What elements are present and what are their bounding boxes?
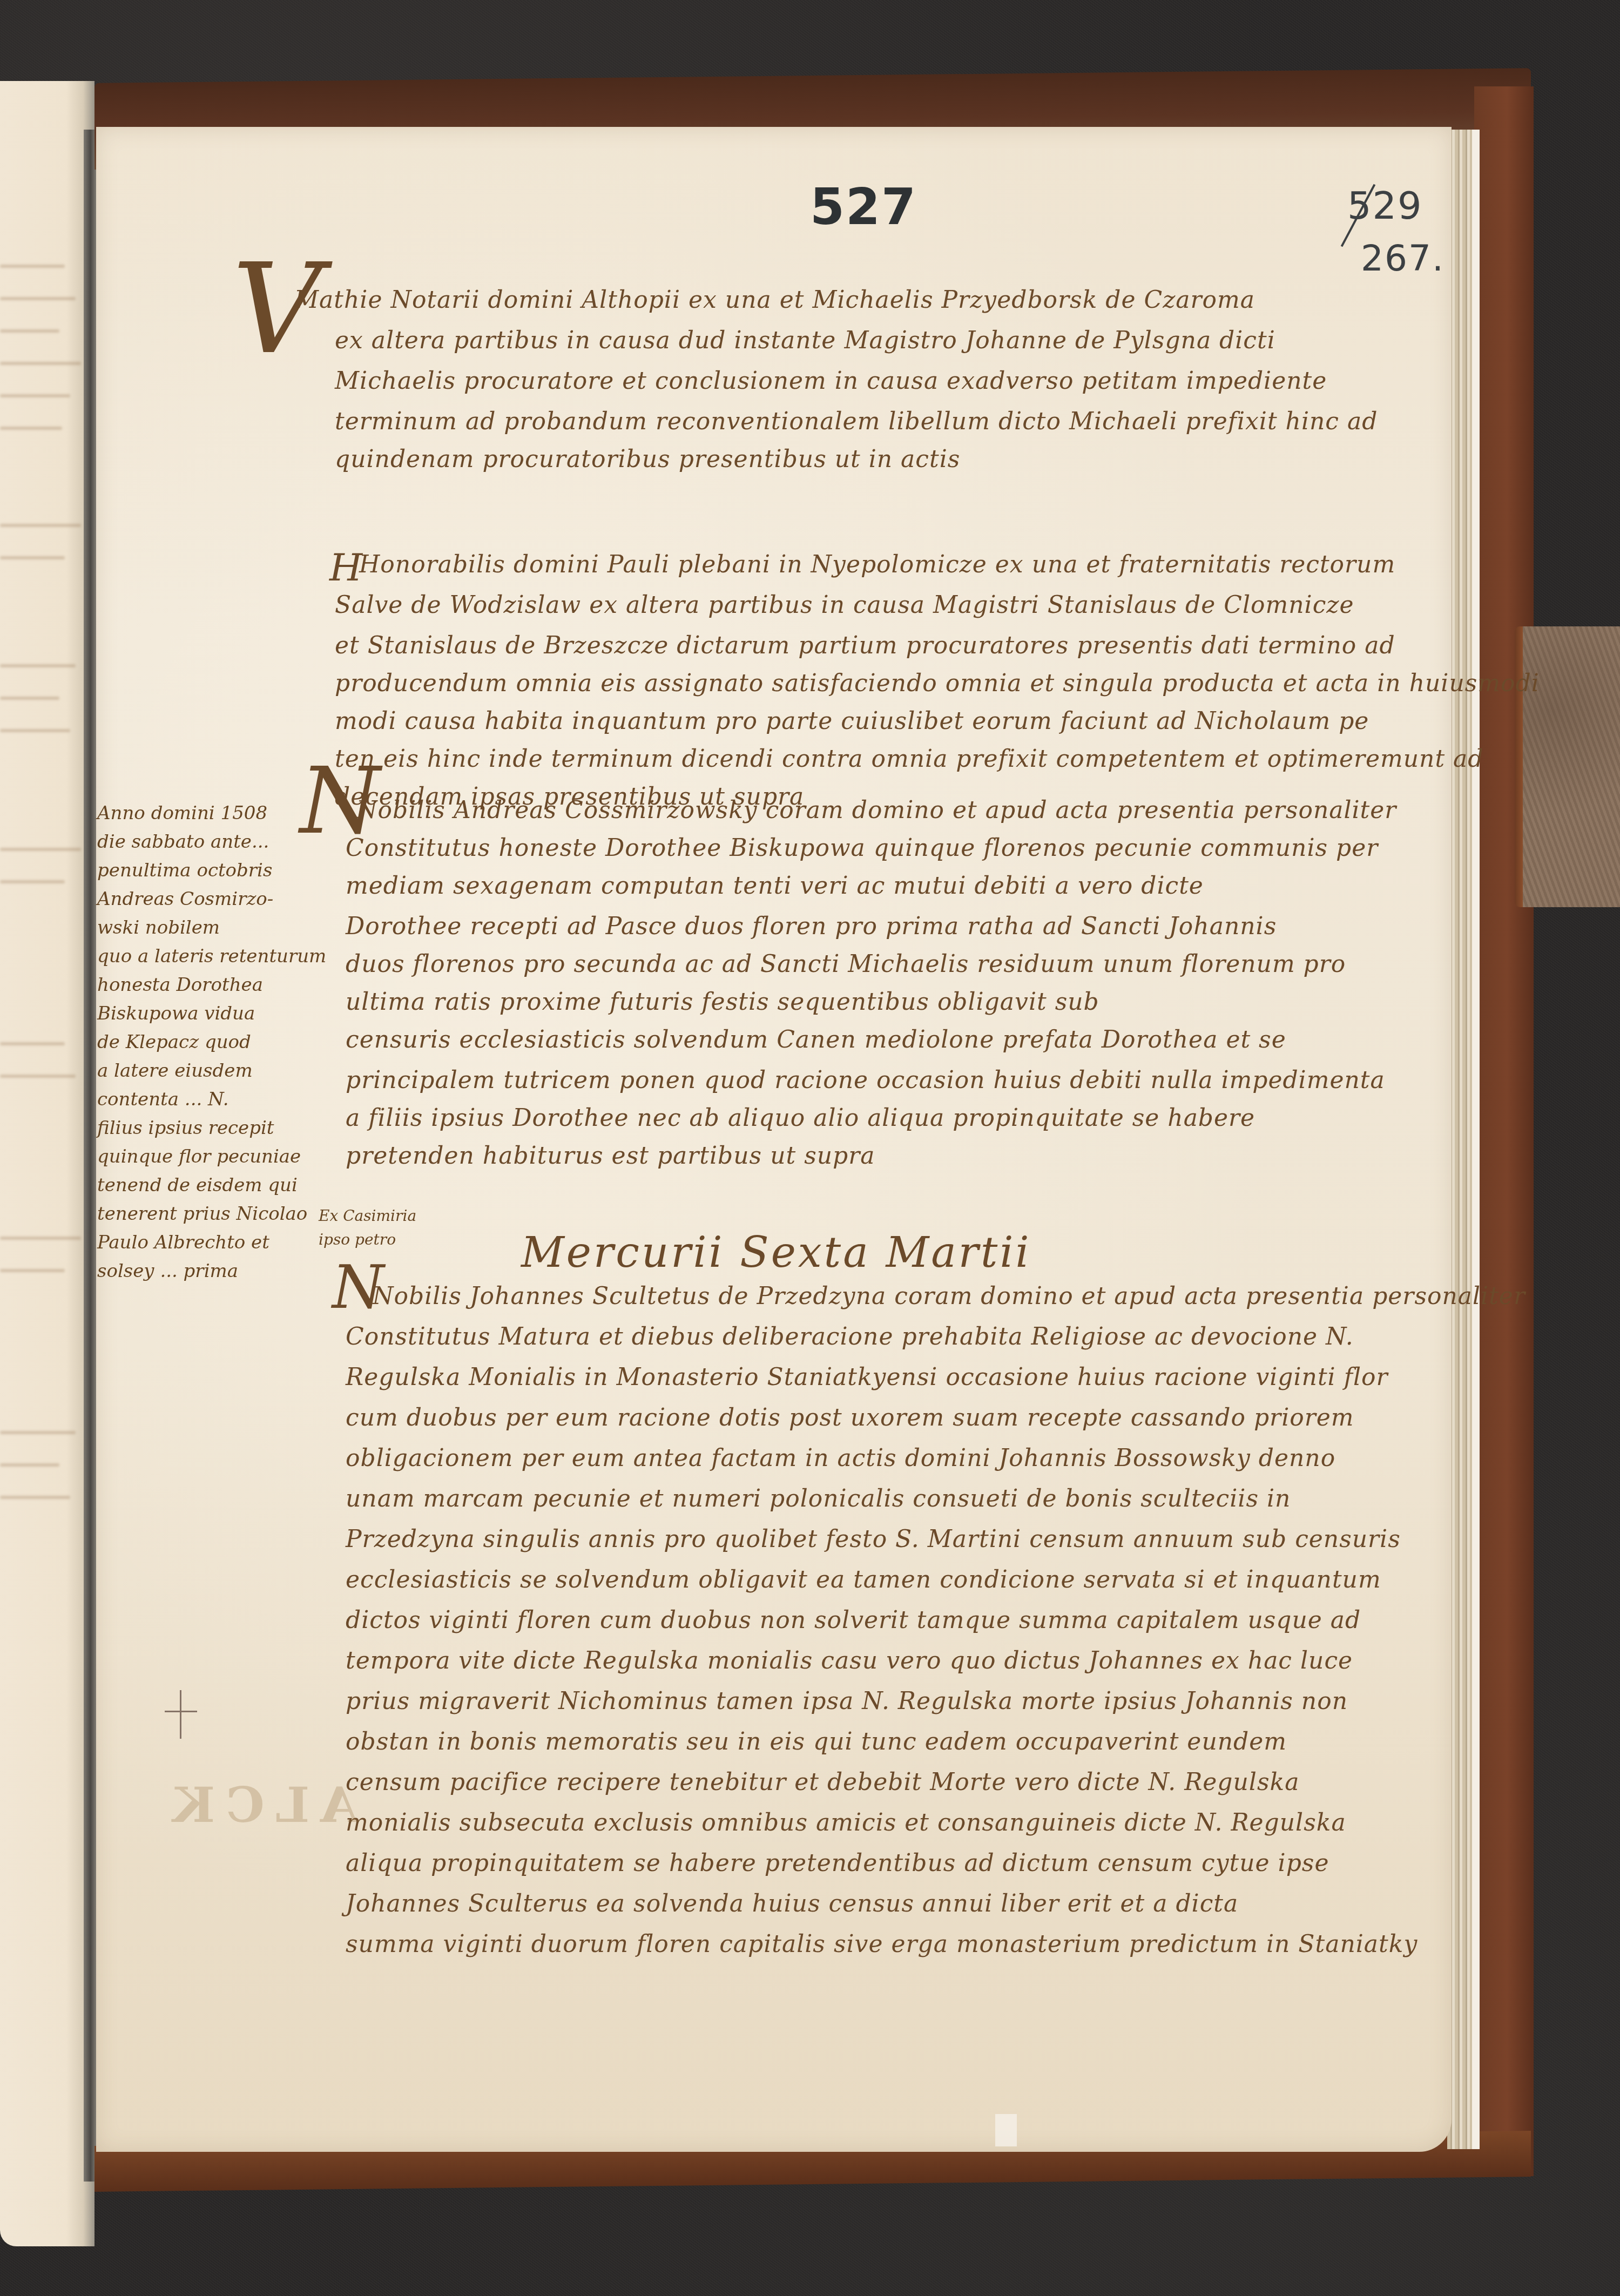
date-heading: Mercurii Sexta Martii: [521, 1228, 1031, 1277]
entry-line: cum duobus per eum racione dotis post ux…: [346, 1404, 1354, 1431]
entry-line: mediam sexagenam computan tenti veri ac …: [346, 872, 1204, 900]
marginal-line: a latere eiusdem: [97, 1057, 324, 1085]
entry-initial: H: [329, 545, 362, 590]
book-gutter: [84, 130, 97, 2182]
entry-line: unam marcam pecunie et numeri polonicali…: [346, 1485, 1291, 1512]
paper-repair-patch: [995, 2114, 1017, 2146]
entry-line: et Stanislaus de Brzeszcze dictarum part…: [335, 632, 1395, 659]
marginal-line: quinque flor pecuniae: [97, 1143, 324, 1171]
entry-line: censum pacifice recipere tenebitur et de…: [346, 1768, 1299, 1796]
marginal-line: wski nobilem: [97, 914, 324, 942]
entry-line: monialis subsecuta exclusis omnibus amic…: [346, 1809, 1346, 1836]
entry-line: ex altera partibus in causa dud instante…: [335, 327, 1275, 354]
entry-line: tempora vite dicte Regulska monialis cas…: [346, 1647, 1353, 1674]
marginal-line: Ex Casimiria: [319, 1204, 481, 1228]
marginal-line: quo a lateris retenturum: [97, 942, 324, 971]
entry-line: Constitutus honeste Dorothee Biskupowa q…: [346, 834, 1378, 862]
folio-number-center: 527: [810, 178, 917, 236]
entry-line: obligacionem per eum antea factam in act…: [346, 1444, 1335, 1472]
entry-line: Przedzyna singulis annis pro quolibet fe…: [346, 1525, 1401, 1553]
folio-number-new: 267.: [1361, 238, 1444, 279]
bleed-through-text: ALCK: [162, 1777, 358, 1834]
entry-line: principalem tutricem ponen quod racione …: [346, 1066, 1385, 1094]
entry-line: terminum ad probandum reconventionalem l…: [335, 408, 1378, 435]
entry-line: Nobilis Andreas Cossmirzowsky coram domi…: [356, 796, 1396, 824]
entry-line: censuris ecclesiasticis solvendum Canen …: [346, 1026, 1286, 1054]
marginal-line: tenerent prius Nicolao: [97, 1200, 324, 1228]
marginal-line: Anno domini 1508: [97, 799, 324, 828]
page-edge-highlight: [1472, 130, 1480, 2149]
entry-line: Michaelis procuratore et conclusionem in…: [335, 367, 1327, 395]
cross-mark-icon: [165, 1690, 197, 1739]
entry-line: Johannes Sculterus ea solvenda huius cen…: [346, 1890, 1238, 1917]
entry-line: Dorothee recepti ad Pasce duos floren pr…: [346, 913, 1277, 940]
marginal-note: Anno domini 1508 die sabbato ante... pen…: [97, 799, 324, 1286]
entry-line: ecclesiasticis se solvendum obligavit ea…: [346, 1566, 1381, 1593]
marginal-line: honesta Dorothea: [97, 971, 324, 1000]
entry-line: quindenam procuratoribus presentibus ut …: [335, 445, 960, 473]
marginal-line: solsey ... prima: [97, 1257, 324, 1286]
marginal-note-tail: Ex Casimiria ipso petro: [319, 1204, 481, 1252]
entry-line: Constitutus Matura et diebus deliberacio…: [346, 1323, 1354, 1350]
marginal-line: tenend de eisdem qui: [97, 1171, 324, 1200]
entry-line: dictos viginti floren cum duobus non sol…: [346, 1606, 1361, 1634]
marginal-line: filius ipsius recepit: [97, 1114, 324, 1143]
entry-line: aliqua propinquitatem se habere pretende…: [346, 1849, 1329, 1877]
entry-line: producendum omnia eis assignato satisfac…: [335, 670, 1540, 697]
entry-line: pretenden habiturus est partibus ut supr…: [346, 1142, 875, 1170]
entry-line: Honorabilis domini Pauli plebani in Nyep…: [359, 551, 1395, 578]
page-block-edges: [1447, 130, 1480, 2149]
entry-line: ten eis hinc inde terminum dicendi contr…: [335, 745, 1483, 773]
entry-line: Mathie Notarii domini Althopii ex una et…: [294, 286, 1255, 314]
marginal-line: Andreas Cosmirzo-: [97, 885, 324, 914]
entry-line: Salve de Wodzislaw ex altera partibus in…: [335, 591, 1354, 619]
entry-line: Regulska Monialis in Monasterio Staniatk…: [346, 1363, 1388, 1391]
entry-line: obstan in bonis memoratis seu in eis qui…: [346, 1728, 1287, 1755]
clasp-strap: [1523, 626, 1620, 907]
entry-line: ultima ratis proxime futuris festis sequ…: [346, 988, 1099, 1016]
entry-line: prius migraverit Nichominus tamen ipsa N…: [346, 1687, 1348, 1715]
facing-page-left: [0, 81, 94, 2246]
folio-number-old-struck: 529: [1347, 184, 1423, 228]
entry-line: a filiis ipsius Dorothee nec ab aliquo a…: [346, 1104, 1255, 1132]
marginal-line: de Klepacz quod: [97, 1028, 324, 1057]
leather-cover-right: [1474, 86, 1534, 2176]
marginal-line: Biskupowa vidua: [97, 1000, 324, 1028]
marginal-line: penultima octobris: [97, 856, 324, 885]
marginal-line: ipso petro: [319, 1228, 481, 1252]
entry-line: modi causa habita inquantum pro parte cu…: [335, 707, 1369, 735]
marginal-line: Paulo Albrechto et: [97, 1228, 324, 1257]
marginal-line: die sabbato ante...: [97, 828, 324, 856]
entry-line: duos florenos pro secunda ac ad Sancti M…: [346, 950, 1346, 978]
entry-line: Nobilis Johannes Scultetus de Przedzyna …: [373, 1282, 1525, 1310]
marginal-line: contenta ... N.: [97, 1085, 324, 1114]
entry-line: summa viginti duorum floren capitalis si…: [346, 1930, 1417, 1958]
